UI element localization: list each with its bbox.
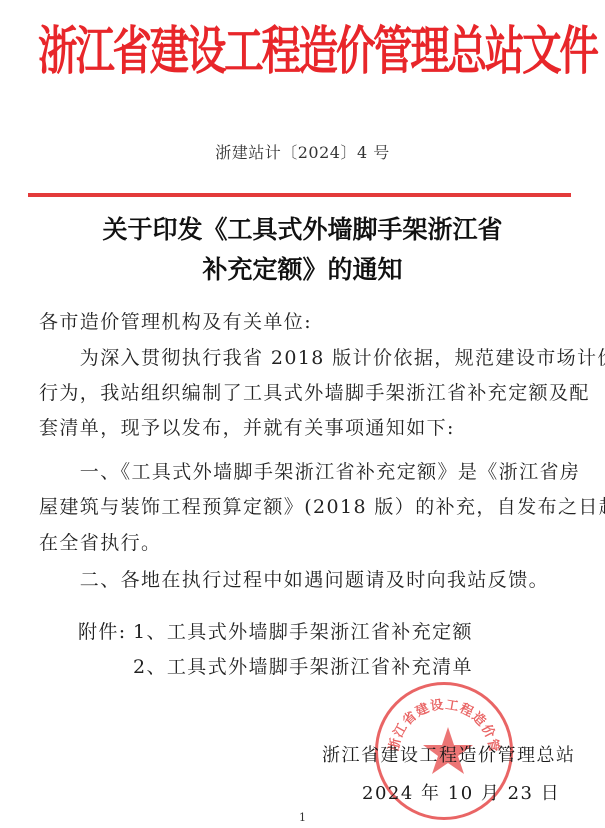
paragraph-line: 在全省执行。: [39, 531, 161, 555]
attachments-label: 附件:: [78, 620, 127, 644]
masthead-title: 浙江省建设工程造价管理总站文件: [38, 18, 439, 86]
paragraph-line: 套清单，现予以发布，并就有关事项通知如下:: [39, 416, 455, 440]
page-number: 1: [299, 811, 306, 824]
paragraph-item-2: 二、各地在执行过程中如遇问题请及时向我站反馈。: [39, 568, 549, 592]
paragraph-line: 屋建筑与装饰工程预算定额》(2018 版）的补充，自发布之日起: [39, 495, 568, 519]
paragraph-line: 行为，我站组织编制了工具式外墙脚手架浙江省补充定额及配: [39, 381, 568, 405]
document-number: 浙建站计〔2024〕4 号: [0, 140, 605, 163]
attachment-item: 1、工具式外墙脚手架浙江省补充定额: [133, 620, 473, 644]
notice-title-line-1: 关于印发《工具式外墙脚手架浙江省: [0, 210, 605, 246]
paragraph-line: 为深入贯彻执行我省 2018 版计价依据，规范建设市场计价: [39, 346, 568, 370]
attachment-item: 2、工具式外墙脚手架浙江省补充清单: [133, 655, 473, 679]
salutation: 各市造价管理机构及有关单位:: [39, 310, 312, 334]
paragraph-line: 一、《工具式外墙脚手架浙江省补充定额》是《浙江省房: [39, 460, 568, 484]
notice-title-line-2: 补充定额》的通知: [0, 250, 605, 286]
red-separator-line: [28, 193, 571, 197]
issue-date: 2024 年 10 月 23 日: [362, 779, 560, 805]
issuer-organization: 浙江省建设工程造价管理总站: [322, 741, 576, 767]
